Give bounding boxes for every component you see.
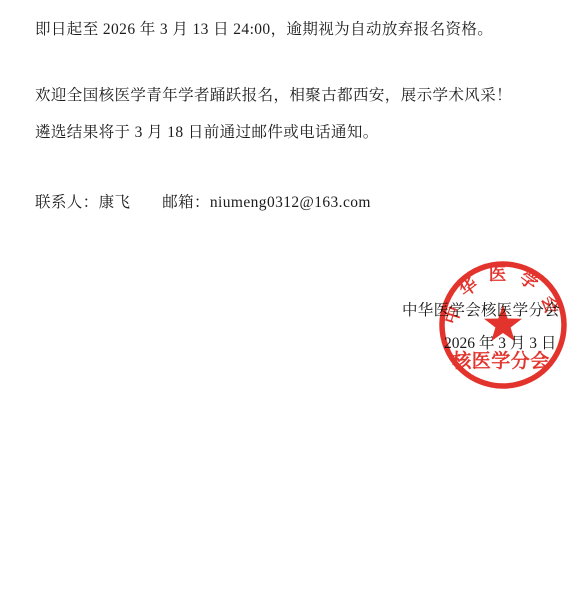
official-seal: 中华医学会 核医学分会 <box>433 255 573 395</box>
paragraph-welcome: 欢迎全国核医学青年学者踊跃报名，相聚古都西安，展示学术风采！ <box>35 87 512 104</box>
document-page: 即日起至 2026 年 3 月 13 日 24:00，逾期视为自动放弃报名资格。… <box>0 0 573 597</box>
star-icon <box>484 305 522 341</box>
paragraph-contact: 联系人：康飞 邮箱：niumeng0312@163.com <box>35 194 371 211</box>
paragraph-deadline: 即日起至 2026 年 3 月 13 日 24:00，逾期视为自动放弃报名资格。 <box>35 21 493 38</box>
seal-bottom-text: 核医学分会 <box>451 349 550 372</box>
paragraph-result-notice: 遴选结果将于 3 月 18 日前通过邮件或电话通知。 <box>35 124 379 141</box>
